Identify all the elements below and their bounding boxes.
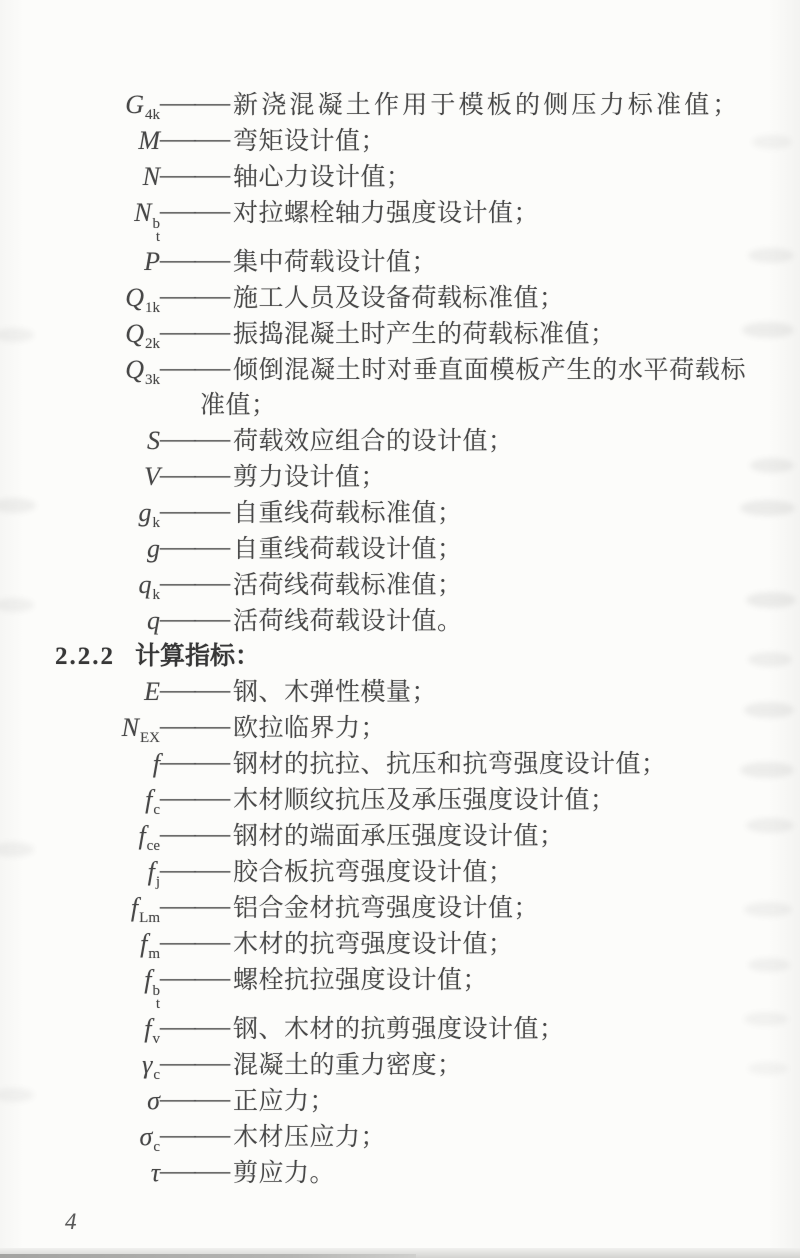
symbol-base: E	[144, 677, 160, 706]
definition-text: 木材顺纹抗压及承压强度设计值；	[233, 783, 746, 818]
scan-artifact	[744, 902, 792, 917]
dash-separator: ——	[160, 709, 264, 744]
symbol: gk	[55, 495, 160, 531]
definition-text: 活荷线荷载设计值。	[233, 604, 746, 639]
symbol: fbt	[55, 962, 160, 1011]
dash-separator: ——	[160, 1046, 264, 1081]
scan-artifact	[748, 652, 792, 667]
definition-text: 剪应力。	[233, 1156, 746, 1191]
dash-separator: ——	[160, 530, 264, 565]
symbol-base: q	[147, 606, 160, 635]
symbol-definition-row: M —— 弯矩设计值；	[55, 123, 746, 159]
dash-separator: ——	[160, 817, 264, 852]
definition-text: 剪力设计值；	[233, 460, 746, 495]
section-heading: 2.2.2计算指标：	[55, 639, 746, 674]
dash-separator: ——	[160, 961, 264, 996]
symbol-definition-row: Q3k —— 倾倒混凝土时对垂直面模板产生的水平荷载标准值；	[55, 352, 746, 423]
dash-separator: ——	[160, 566, 264, 601]
symbol: fv	[55, 1011, 160, 1047]
definition-text: 木材的抗弯强度设计值；	[233, 927, 746, 962]
definition-text: 自重线荷载标准值；	[233, 496, 746, 531]
definition-text: 荷载效应组合的设计值；	[233, 424, 746, 459]
dash-separator: ——	[160, 86, 264, 121]
symbol-definition-row: V —— 剪力设计值；	[55, 459, 746, 495]
definition-text: 木材压应力；	[233, 1120, 746, 1155]
symbol-definition-row: P —— 集中荷载设计值；	[55, 244, 746, 280]
symbol: q	[55, 603, 160, 639]
symbol-definition-row: fLm —— 铝合金材抗弯强度设计值；	[55, 890, 746, 926]
symbol: P	[55, 244, 160, 280]
dash-separator: ——	[160, 853, 264, 888]
definition-text: 铝合金材抗弯强度设计值；	[233, 891, 746, 926]
symbol-base: Q	[125, 283, 144, 312]
document-page: G4k —— 新浇混凝土作用于模板的侧压力标准值； M —— 弯矩设计值； N …	[0, 0, 800, 1258]
symbol-definition-row: fv —— 钢、木材的抗剪强度设计值；	[55, 1011, 746, 1047]
scan-artifact	[740, 762, 794, 778]
symbol-base: σ	[147, 1086, 160, 1115]
symbol-base: f	[140, 929, 147, 958]
scan-artifact	[748, 1062, 788, 1075]
symbol: S	[55, 423, 160, 459]
section-title: 计算指标：	[135, 643, 260, 670]
symbol: E	[55, 674, 160, 710]
symbol-base: f	[148, 857, 155, 886]
symbol-definition-row: fc —— 木材顺纹抗压及承压强度设计值；	[55, 782, 746, 818]
symbol: fm	[55, 926, 160, 962]
symbol-definition-row: q —— 活荷线荷载设计值。	[55, 603, 746, 639]
dash-separator: ——	[160, 1082, 264, 1117]
scan-artifact	[748, 958, 790, 972]
dash-separator: ——	[160, 745, 264, 780]
symbol-definition-row: fm —— 木材的抗弯强度设计值；	[55, 926, 746, 962]
symbol-base: γ	[142, 1050, 152, 1079]
symbol: M	[55, 123, 160, 159]
scan-artifact	[748, 248, 794, 263]
dash-separator: ——	[160, 351, 264, 386]
symbol-base: N	[134, 198, 151, 227]
definition-text: 轴心力设计值；	[233, 160, 746, 195]
symbol-definition-row: qk —— 活荷线荷载标准值；	[55, 567, 746, 603]
symbol: f	[55, 746, 160, 782]
symbol-subscript: Lm	[139, 910, 160, 926]
symbol-definition-row: f —— 钢材的抗拉、抗压和抗弯强度设计值；	[55, 746, 746, 782]
symbol-definition-row: g —— 自重线荷载设计值；	[55, 531, 746, 567]
symbol-base: V	[144, 462, 160, 491]
symbol: γc	[55, 1047, 160, 1083]
definition-text: 钢、木弹性模量；	[233, 675, 746, 710]
scan-artifact	[744, 702, 794, 718]
definition-text: 正应力；	[233, 1084, 746, 1119]
dash-separator: ——	[160, 279, 264, 314]
dash-separator: ——	[160, 1154, 264, 1189]
definition-text: 施工人员及设备荷载标准值；	[233, 281, 746, 316]
definition-text: 自重线荷载设计值；	[233, 532, 746, 567]
definition-text: 欧拉临界力；	[233, 711, 746, 746]
symbol-subscript: 4k	[145, 107, 160, 123]
scan-bottom-edge-shadow	[0, 1254, 416, 1258]
symbol-base: g	[147, 534, 160, 563]
symbol-subscript: ce	[147, 838, 160, 854]
symbol: fLm	[55, 890, 160, 926]
dash-separator: ——	[160, 1010, 264, 1045]
dash-separator: ——	[160, 602, 264, 637]
symbol-base: f	[138, 821, 145, 850]
symbol-subscript: k	[153, 587, 161, 603]
symbol-subscript: 3k	[145, 372, 160, 388]
symbol-definition-row: Q2k —— 振捣混凝土时产生的荷载标准值；	[55, 316, 746, 352]
symbol-base: f	[144, 1014, 151, 1043]
definition-text: 混凝土的重力密度；	[233, 1048, 746, 1083]
symbol-definition-row: N —— 轴心力设计值；	[55, 159, 746, 195]
symbol-base: G	[125, 90, 144, 119]
definition-text: 钢材的抗拉、抗压和抗弯强度设计值；	[233, 747, 746, 782]
definition-text: 弯矩设计值；	[233, 124, 746, 159]
scan-artifact	[746, 818, 794, 833]
symbol-base: σ	[140, 1122, 153, 1151]
dash-separator: ——	[160, 122, 264, 157]
symbol-base: f	[131, 893, 138, 922]
symbol-subscript: c	[153, 1139, 160, 1155]
symbol: g	[55, 531, 160, 567]
symbol: N	[55, 159, 160, 195]
symbol-definition-row: σc —— 木材压应力；	[55, 1119, 746, 1155]
symbol-subscript: EX	[140, 730, 160, 746]
symbol-subscript: v	[153, 1031, 161, 1047]
symbol-definition-row: E —— 钢、木弹性模量；	[55, 674, 746, 710]
symbol-base: Q	[125, 355, 144, 384]
dash-separator: ——	[160, 925, 264, 960]
symbol-subscript: 2k	[145, 336, 160, 352]
symbol-definition-row: γc —— 混凝土的重力密度；	[55, 1047, 746, 1083]
symbol: NEX	[55, 710, 160, 746]
symbol-definition-row: Nbt —— 对拉螺栓轴力强度设计值；	[55, 195, 746, 244]
definition-text: 倾倒混凝土时对垂直面模板产生的水平荷载标准值；	[200, 353, 746, 423]
symbol-supsub: bt	[153, 218, 161, 244]
definition-text: 新浇混凝土作用于模板的侧压力标准值；	[233, 88, 746, 123]
symbol-base: N	[122, 713, 139, 742]
symbol-base: f	[153, 749, 160, 778]
symbol-definition-row: gk —— 自重线荷载标准值；	[55, 495, 746, 531]
symbol: τ	[55, 1155, 160, 1191]
symbol: G4k	[55, 87, 160, 123]
symbol-base: S	[147, 426, 160, 455]
symbol-definition-row: fbt —— 螺栓抗拉强度设计值；	[55, 962, 746, 1011]
definition-text: 对拉螺栓轴力强度设计值；	[233, 196, 746, 231]
symbol-definition-row: G4k —— 新浇混凝土作用于模板的侧压力标准值；	[55, 87, 746, 123]
definition-text: 集中荷载设计值；	[233, 245, 746, 280]
symbol: fce	[55, 818, 160, 854]
symbol-definition-row: NEX —— 欧拉临界力；	[55, 710, 746, 746]
dash-separator: ——	[160, 673, 264, 708]
symbol-subscript: c	[153, 802, 160, 818]
dash-separator: ——	[160, 781, 264, 816]
symbol-base: N	[143, 162, 160, 191]
dash-separator: ——	[160, 243, 264, 278]
symbol: Q1k	[55, 280, 160, 316]
symbol-definition-row: fce —— 钢材的端面承压强度设计值；	[55, 818, 746, 854]
symbol-definition-row: σ —— 正应力；	[55, 1083, 746, 1119]
scan-artifact	[752, 135, 792, 149]
symbol-definition-row: S —— 荷载效应组合的设计值；	[55, 423, 746, 459]
symbol-supsub: bt	[153, 985, 161, 1011]
definition-text: 螺栓抗拉强度设计值；	[233, 963, 746, 998]
symbol-base: Q	[125, 319, 144, 348]
symbol: V	[55, 459, 160, 495]
dash-separator: ——	[160, 315, 264, 350]
symbol: σc	[55, 1119, 160, 1155]
symbol-definition-row: Q1k —— 施工人员及设备荷载标准值；	[55, 280, 746, 316]
definition-text: 胶合板抗弯强度设计值；	[233, 855, 746, 890]
scan-artifact	[742, 322, 794, 338]
dash-separator: ——	[160, 458, 264, 493]
dash-separator: ——	[160, 158, 264, 193]
symbol-subscript: c	[153, 1067, 160, 1083]
symbol: fc	[55, 782, 160, 818]
symbol-base: q	[139, 570, 152, 599]
symbol-list-indices: E —— 钢、木弹性模量； NEX —— 欧拉临界力； f —— 钢材的抗拉、抗…	[55, 674, 746, 1191]
dash-separator: ——	[160, 494, 264, 529]
symbol-definition-row: fj —— 胶合板抗弯强度设计值；	[55, 854, 746, 890]
symbol-base: M	[138, 126, 160, 155]
scan-artifact	[744, 1012, 788, 1026]
scan-artifact	[740, 500, 795, 516]
symbol: Q3k	[55, 352, 160, 388]
definition-text: 钢材的端面承压强度设计值；	[233, 819, 746, 854]
symbol-subscript: m	[148, 946, 160, 962]
symbol: σ	[55, 1083, 160, 1119]
dash-separator: ——	[160, 889, 264, 924]
symbol: fj	[55, 854, 160, 890]
symbol-base: f	[145, 785, 152, 814]
symbol: Q2k	[55, 316, 160, 352]
definition-text: 活荷线荷载标准值；	[233, 568, 746, 603]
page-number: 4	[65, 1204, 746, 1239]
scan-artifact	[746, 592, 796, 608]
symbol: qk	[55, 567, 160, 603]
symbol-base: f	[144, 965, 151, 994]
symbol-definition-row: τ —— 剪应力。	[55, 1155, 746, 1191]
definition-text: 振捣混凝土时产生的荷载标准值；	[233, 317, 746, 352]
dash-separator: ——	[160, 1118, 264, 1153]
definition-text: 钢、木材的抗剪强度设计值；	[233, 1012, 746, 1047]
symbol-base: τ	[151, 1158, 160, 1187]
symbol-base: P	[144, 247, 160, 276]
symbol-subscript: k	[153, 515, 161, 531]
symbol: Nbt	[55, 195, 160, 244]
dash-separator: ——	[160, 422, 264, 457]
symbol-list-loads: G4k —— 新浇混凝土作用于模板的侧压力标准值； M —— 弯矩设计值； N …	[55, 87, 746, 639]
section-number: 2.2.2	[55, 643, 115, 670]
dash-separator: ——	[160, 194, 264, 229]
scan-artifact	[750, 458, 794, 473]
symbol-subscript: 1k	[145, 300, 160, 316]
symbol-base: g	[139, 498, 152, 527]
